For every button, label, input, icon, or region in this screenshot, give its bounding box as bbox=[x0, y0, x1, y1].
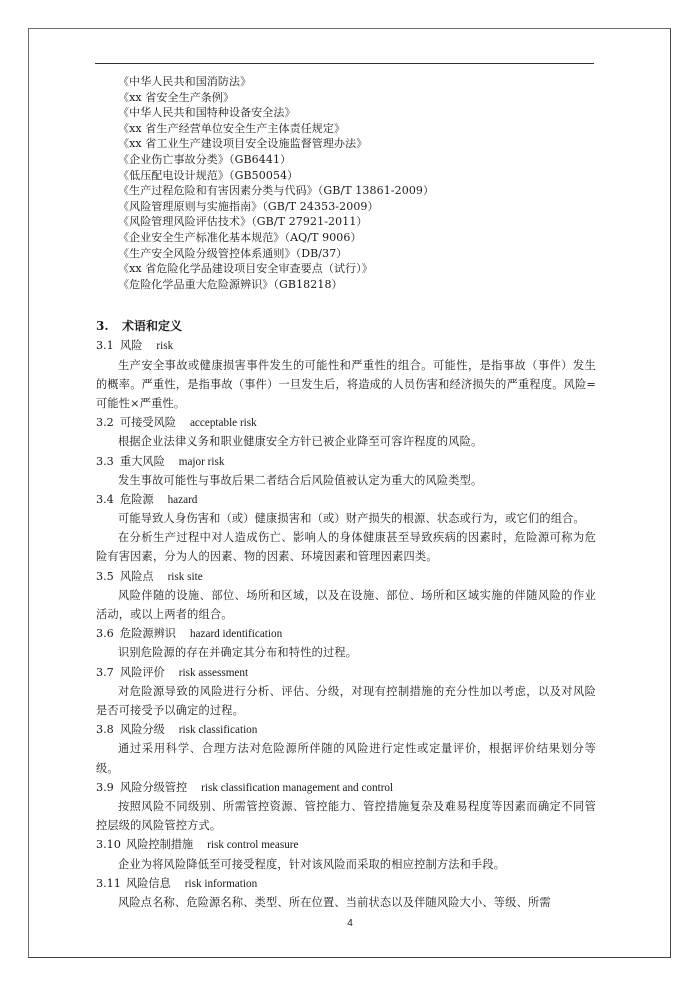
term-en: risk bbox=[156, 340, 173, 352]
reference-item: 《生产安全风险分级管控体系通则》（DB/37） bbox=[118, 246, 596, 262]
term-zh: 风险控制措施 bbox=[126, 835, 193, 854]
term-heading: 3.1风险risk bbox=[96, 336, 596, 355]
term-number: 3.7 bbox=[96, 663, 120, 682]
term-definition: 识别危险源的存在并确定其分布和特性的过程。 bbox=[96, 643, 596, 662]
header-rule bbox=[95, 63, 594, 64]
term-number: 3.10 bbox=[96, 835, 126, 854]
term-number: 3.4 bbox=[96, 490, 120, 509]
term-number: 3.9 bbox=[96, 778, 120, 797]
term-zh: 风险 bbox=[120, 336, 142, 355]
term-definition: 企业为将风险降低至可接受程度，针对该风险而采取的相应控制方法和手段。 bbox=[96, 855, 596, 874]
term-definition: 在分析生产过程中对人造成伤亡、影响人的身体健康甚至导致疾病的因素时，危险源可称为… bbox=[96, 528, 596, 566]
reference-list: 《中华人民共和国消防法》 《xx 省安全生产条例》 《中华人民共和国特种设备安全… bbox=[96, 74, 596, 292]
reference-item: 《xx 省工业生产建设项目安全设施监督管理办法》 bbox=[118, 136, 596, 152]
term-number: 3.8 bbox=[96, 720, 120, 739]
term-number: 3.3 bbox=[96, 452, 120, 471]
reference-item: 《中华人民共和国特种设备安全法》 bbox=[118, 105, 596, 121]
term-definition: 根据企业法律义务和职业健康安全方针已被企业降至可容许程度的风险。 bbox=[96, 432, 596, 451]
term-zh: 可接受风险 bbox=[120, 413, 176, 432]
term-heading: 3.9风险分级管控risk classification management … bbox=[96, 778, 596, 797]
reference-item: 《生产过程危险和有害因素分类与代码》（GB/T 13861-2009） bbox=[118, 183, 596, 199]
term-en: risk site bbox=[168, 571, 203, 583]
term-zh: 风险信息 bbox=[126, 874, 171, 893]
term-number: 3.5 bbox=[96, 567, 120, 586]
term-heading: 3.7风险评价risk assessment bbox=[96, 663, 596, 682]
term-en: hazard bbox=[168, 494, 198, 506]
term-number: 3.2 bbox=[96, 413, 120, 432]
term-zh: 风险评价 bbox=[120, 663, 165, 682]
reference-item: 《企业伤亡事故分类》（GB6441） bbox=[118, 152, 596, 168]
term-heading: 3.8风险分级risk classification bbox=[96, 720, 596, 739]
reference-item: 《风险管理风险评估技术》（GB/T 27921-2011） bbox=[118, 214, 596, 230]
term-en: risk assessment bbox=[179, 667, 248, 679]
term-heading: 3.6危险源辨识hazard identification bbox=[96, 624, 596, 643]
term-definition: 可能导致人身伤害和（或）健康损害和（或）财产损失的根源、状态或行为，或它们的组合… bbox=[96, 509, 596, 528]
section-title: 术语和定义 bbox=[122, 319, 182, 333]
term-zh: 风险点 bbox=[120, 567, 154, 586]
reference-item: 《xx 省生产经营单位安全生产主体责任规定》 bbox=[118, 121, 596, 137]
reference-item: 《xx 省安全生产条例》 bbox=[118, 90, 596, 106]
reference-item: 《xx 省危险化学品建设项目安全审查要点（试行）》 bbox=[118, 261, 596, 277]
reference-item: 《企业安全生产标准化基本规范》（AQ/T 9006） bbox=[118, 230, 596, 246]
term-heading: 3.5风险点risk site bbox=[96, 567, 596, 586]
term-definition: 对危险源导致的风险进行分析、评估、分级，对现有控制措施的充分性加以考虑，以及对风… bbox=[96, 682, 596, 720]
term-en: major risk bbox=[179, 456, 225, 468]
reference-item: 《危险化学品重大危险源辨识》（GB18218） bbox=[118, 277, 596, 293]
term-en: hazard identification bbox=[190, 628, 282, 640]
term-en: acceptable risk bbox=[190, 417, 257, 429]
document-body: 《中华人民共和国消防法》 《xx 省安全生产条例》 《中华人民共和国特种设备安全… bbox=[96, 74, 596, 912]
term-en: risk information bbox=[185, 878, 257, 890]
term-definition: 发生事故可能性与事故后果二者结合后风险值被认定为重大的风险类型。 bbox=[96, 471, 596, 490]
term-en: risk classification bbox=[179, 724, 258, 736]
term-definition: 风险点名称、危险源名称、类型、所在位置、当前状态以及伴随风险大小、等级、所需 bbox=[96, 893, 596, 912]
term-definition: 通过采用科学、合理方法对危险源所伴随的风险进行定性或定量评价，根据评价结果划分等… bbox=[96, 739, 596, 777]
term-definition: 生产安全事故或健康损害事件发生的可能性和严重性的组合。可能性，是指事故（事件）发… bbox=[96, 356, 596, 414]
page-number: 4 bbox=[0, 918, 700, 929]
term-zh: 重大风险 bbox=[120, 452, 165, 471]
term-definition: 风险伴随的设施、部位、场所和区域，以及在设施、部位、场所和区域实施的伴随风险的作… bbox=[96, 586, 596, 624]
term-zh: 危险源辨识 bbox=[120, 624, 176, 643]
term-zh: 风险分级管控 bbox=[120, 778, 187, 797]
term-heading: 3.11风险信息risk information bbox=[96, 874, 596, 893]
term-en: risk control measure bbox=[207, 839, 298, 851]
term-heading: 3.4危险源hazard bbox=[96, 490, 596, 509]
term-number: 3.6 bbox=[96, 624, 120, 643]
term-en: risk classification management and contr… bbox=[201, 782, 393, 794]
term-number: 3.1 bbox=[96, 336, 120, 355]
term-heading: 3.2可接受风险acceptable risk bbox=[96, 413, 596, 432]
term-zh: 风险分级 bbox=[120, 720, 165, 739]
reference-item: 《中华人民共和国消防法》 bbox=[118, 74, 596, 90]
reference-item: 《风险管理原则与实施指南》（GB/T 24353-2009） bbox=[118, 199, 596, 215]
term-zh: 危险源 bbox=[120, 490, 154, 509]
section-number: 3. bbox=[96, 316, 122, 336]
term-number: 3.11 bbox=[96, 874, 126, 893]
term-heading: 3.10风险控制措施risk control measure bbox=[96, 835, 596, 854]
reference-item: 《低压配电设计规范》（GB50054） bbox=[118, 168, 596, 184]
section-heading: 3.术语和定义 bbox=[96, 316, 596, 336]
term-heading: 3.3重大风险major risk bbox=[96, 452, 596, 471]
term-definition: 按照风险不同级别、所需管控资源、管控能力、管控措施复杂及难易程度等因素而确定不同… bbox=[96, 797, 596, 835]
